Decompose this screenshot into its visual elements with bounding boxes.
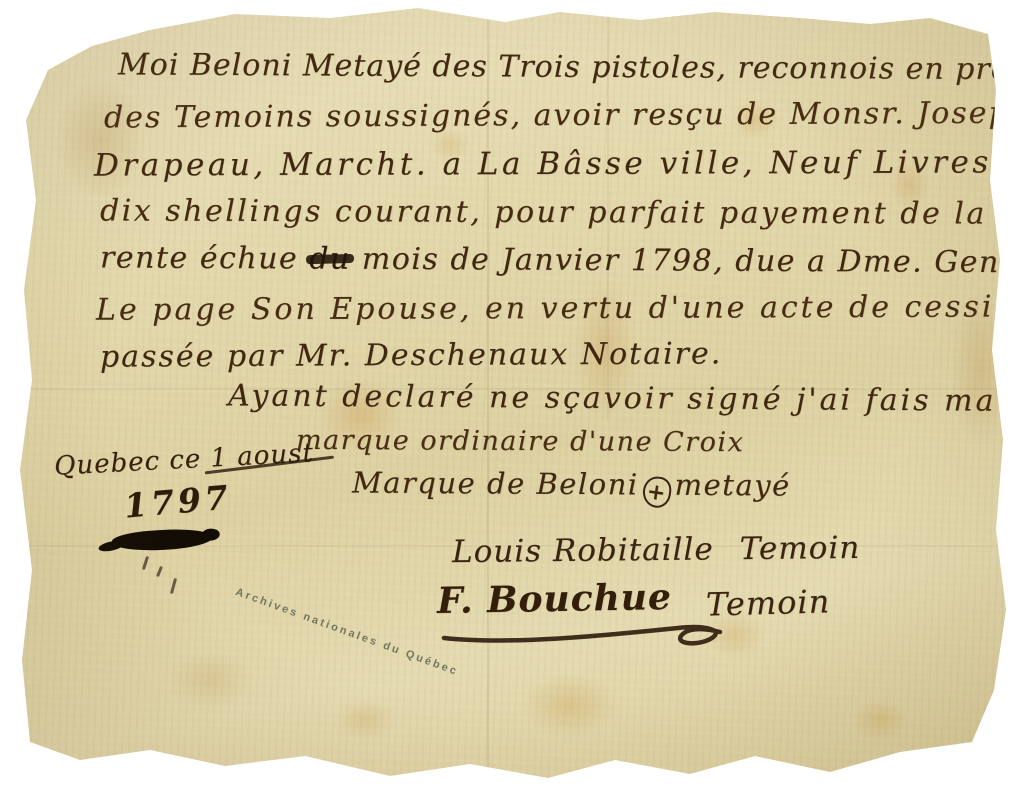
manuscript-line-8: Ayant declaré ne sçavoir signé j'ai fais… bbox=[228, 378, 997, 418]
ink-scratch bbox=[156, 566, 163, 577]
paper-stain bbox=[320, 690, 410, 750]
paper-stain bbox=[500, 660, 640, 750]
witness-signature-1: Louis RobitailleTemoin bbox=[452, 530, 861, 570]
paper-stain bbox=[150, 640, 270, 720]
cross-mark-icon: + bbox=[640, 474, 672, 509]
manuscript-line-5: rente échue du mois de Janvier 1798, due… bbox=[100, 240, 1024, 280]
mark-caption-a: Marque de Beloni bbox=[352, 465, 639, 501]
manuscript-line-10: Marque de Beloni+metayé bbox=[352, 465, 791, 508]
ink-scratch bbox=[142, 556, 149, 570]
manuscript-line-2: des Temoins soussignés, avoir resçu de M… bbox=[104, 96, 1024, 136]
scanned-document-scene: Moi Beloni Metayé des Trois pistoles, re… bbox=[0, 0, 1024, 800]
dateline-place: Quebec ce 1 aoust bbox=[53, 438, 314, 482]
paper-stain bbox=[840, 690, 920, 750]
signature-flourish bbox=[440, 608, 740, 652]
witness-1-name: Louis Robitaille bbox=[452, 531, 714, 570]
manuscript-paper: Moi Beloni Metayé des Trois pistoles, re… bbox=[0, 0, 1024, 800]
ink-scratch bbox=[170, 578, 177, 594]
manuscript-line-7: passée par Mr. Deschenaux Notaire. bbox=[100, 336, 722, 374]
manuscript-line-4: dix shellings courant, pour parfait paye… bbox=[100, 193, 987, 231]
line-5-text-a: rente échue bbox=[100, 240, 298, 276]
dateline-year: 1797 bbox=[123, 477, 234, 525]
mark-caption-b: metayé bbox=[674, 468, 790, 503]
witness-1-role: Temoin bbox=[739, 530, 860, 567]
manuscript-line-1: Moi Beloni Metayé des Trois pistoles, re… bbox=[118, 47, 1024, 87]
line-5-text-b: mois de Janvier 1798, due a Dme. Genevie… bbox=[362, 242, 1024, 281]
ink-blot bbox=[111, 527, 212, 554]
crossed-out-word: du bbox=[309, 241, 351, 276]
manuscript-line-3: Drapeau, Marcht. a La Bâsse ville, Neuf … bbox=[94, 144, 992, 183]
manuscript-line-9: marque ordinaire d'une Croix bbox=[296, 425, 744, 458]
manuscript-line-6: Le page Son Epouse, en vertu d'une acte … bbox=[96, 289, 1024, 327]
